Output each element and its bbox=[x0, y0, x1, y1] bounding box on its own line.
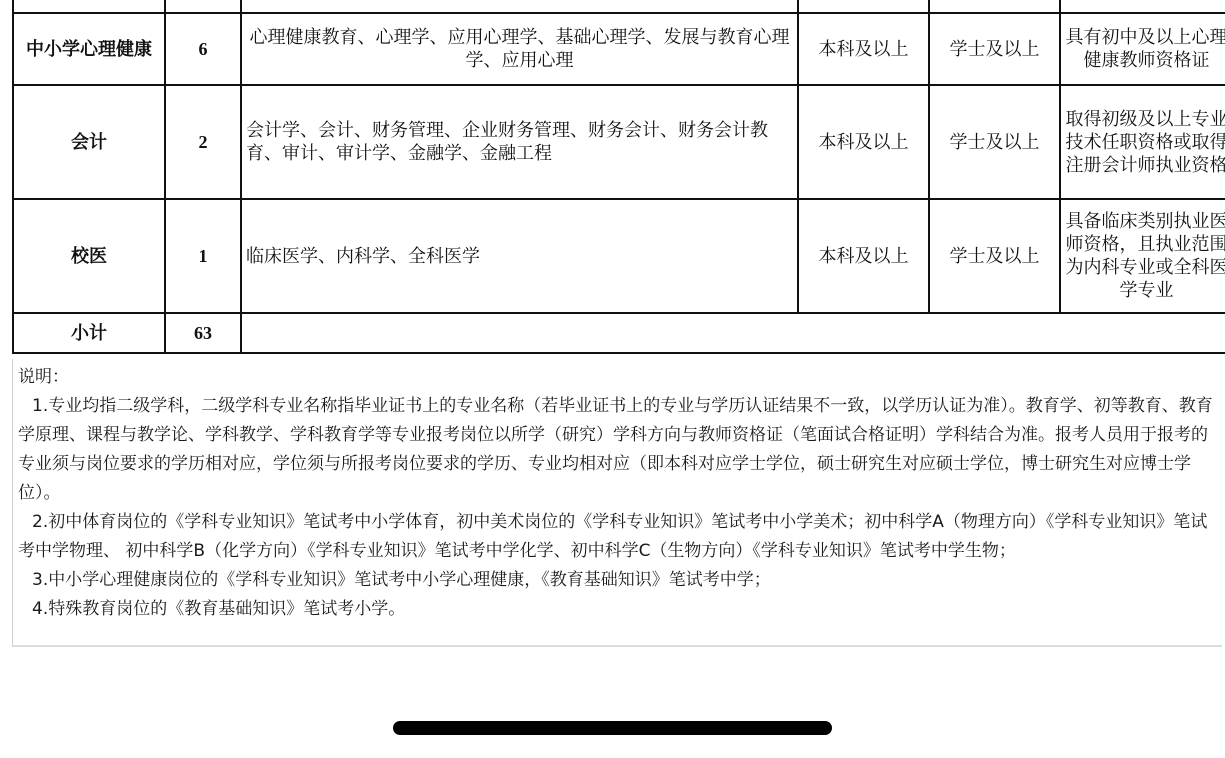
home-indicator-bar[interactable] bbox=[393, 721, 832, 735]
degree-cell: 学士及以上 bbox=[929, 85, 1060, 199]
headcount-cell: 2 bbox=[165, 85, 241, 199]
subtotal-row: 小计 63 bbox=[13, 313, 1225, 353]
note-item: 1.专业均指二级学科，二级学科专业名称指毕业证书上的专业名称（若毕业证书上的专业… bbox=[18, 392, 1222, 508]
note-item: 4.特殊教育岗位的《教育基础知识》笔试考小学。 bbox=[18, 595, 1222, 624]
job-requirements-table: 中小学心理健康 6 心理健康教育、心理学、应用心理学、基础心理学、发展与教育心理… bbox=[12, 0, 1225, 354]
table-cell bbox=[165, 0, 241, 13]
post-name-cell: 中小学心理健康 bbox=[13, 13, 165, 85]
subtotal-label: 小计 bbox=[13, 313, 165, 353]
note-item: 2.初中体育岗位的《学科专业知识》笔试考中小学体育，初中美术岗位的《学科专业知识… bbox=[18, 508, 1222, 566]
degree-cell: 学士及以上 bbox=[929, 199, 1060, 313]
note-item: 3.中小学心理健康岗位的《学科专业知识》笔试考中小学心理健康，《教育基础知识》笔… bbox=[18, 566, 1222, 595]
table-row: 校医 1 临床医学、内科学、全科医学 本科及以上 学士及以上 具备临床类别执业医… bbox=[13, 199, 1225, 313]
headcount-cell: 1 bbox=[165, 199, 241, 313]
table-cell bbox=[13, 0, 165, 13]
majors-cell: 临床医学、内科学、全科医学 bbox=[241, 199, 798, 313]
subtotal-count: 63 bbox=[165, 313, 241, 353]
post-name-cell: 校医 bbox=[13, 199, 165, 313]
majors-cell: 会计学、会计、财务管理、企业财务管理、财务会计、财务会计教育、审计、审计学、金融… bbox=[241, 85, 798, 199]
table-cell bbox=[1060, 0, 1225, 13]
degree-cell: 学士及以上 bbox=[929, 13, 1060, 85]
requirement-cell: 具有初中及以上心理健康教师资格证 bbox=[1060, 13, 1225, 85]
majors-cell: 心理健康教育、心理学、应用心理学、基础心理学、发展与教育心理学、应用心理 bbox=[241, 13, 798, 85]
table-cell bbox=[929, 0, 1060, 13]
table-cell bbox=[241, 0, 798, 13]
education-cell: 本科及以上 bbox=[798, 199, 929, 313]
subtotal-blank-cell bbox=[241, 313, 1225, 353]
table-row: 中小学心理健康 6 心理健康教育、心理学、应用心理学、基础心理学、发展与教育心理… bbox=[13, 13, 1225, 85]
post-name-cell: 会计 bbox=[13, 85, 165, 199]
education-cell: 本科及以上 bbox=[798, 85, 929, 199]
table-row-partial-top bbox=[13, 0, 1225, 13]
table-cell bbox=[798, 0, 929, 13]
requirement-cell: 取得初级及以上专业技术任职资格或取得注册会计师执业资格 bbox=[1060, 85, 1225, 199]
requirement-cell: 具备临床类别执业医师资格，且执业范围为内科专业或全科医学专业 bbox=[1060, 199, 1225, 313]
notes-section: 说明： 1.专业均指二级学科，二级学科专业名称指毕业证书上的专业名称（若毕业证书… bbox=[12, 359, 1222, 647]
table-row: 会计 2 会计学、会计、财务管理、企业财务管理、财务会计、财务会计教育、审计、审… bbox=[13, 85, 1225, 199]
notes-title: 说明： bbox=[18, 363, 1222, 392]
headcount-cell: 6 bbox=[165, 13, 241, 85]
education-cell: 本科及以上 bbox=[798, 13, 929, 85]
